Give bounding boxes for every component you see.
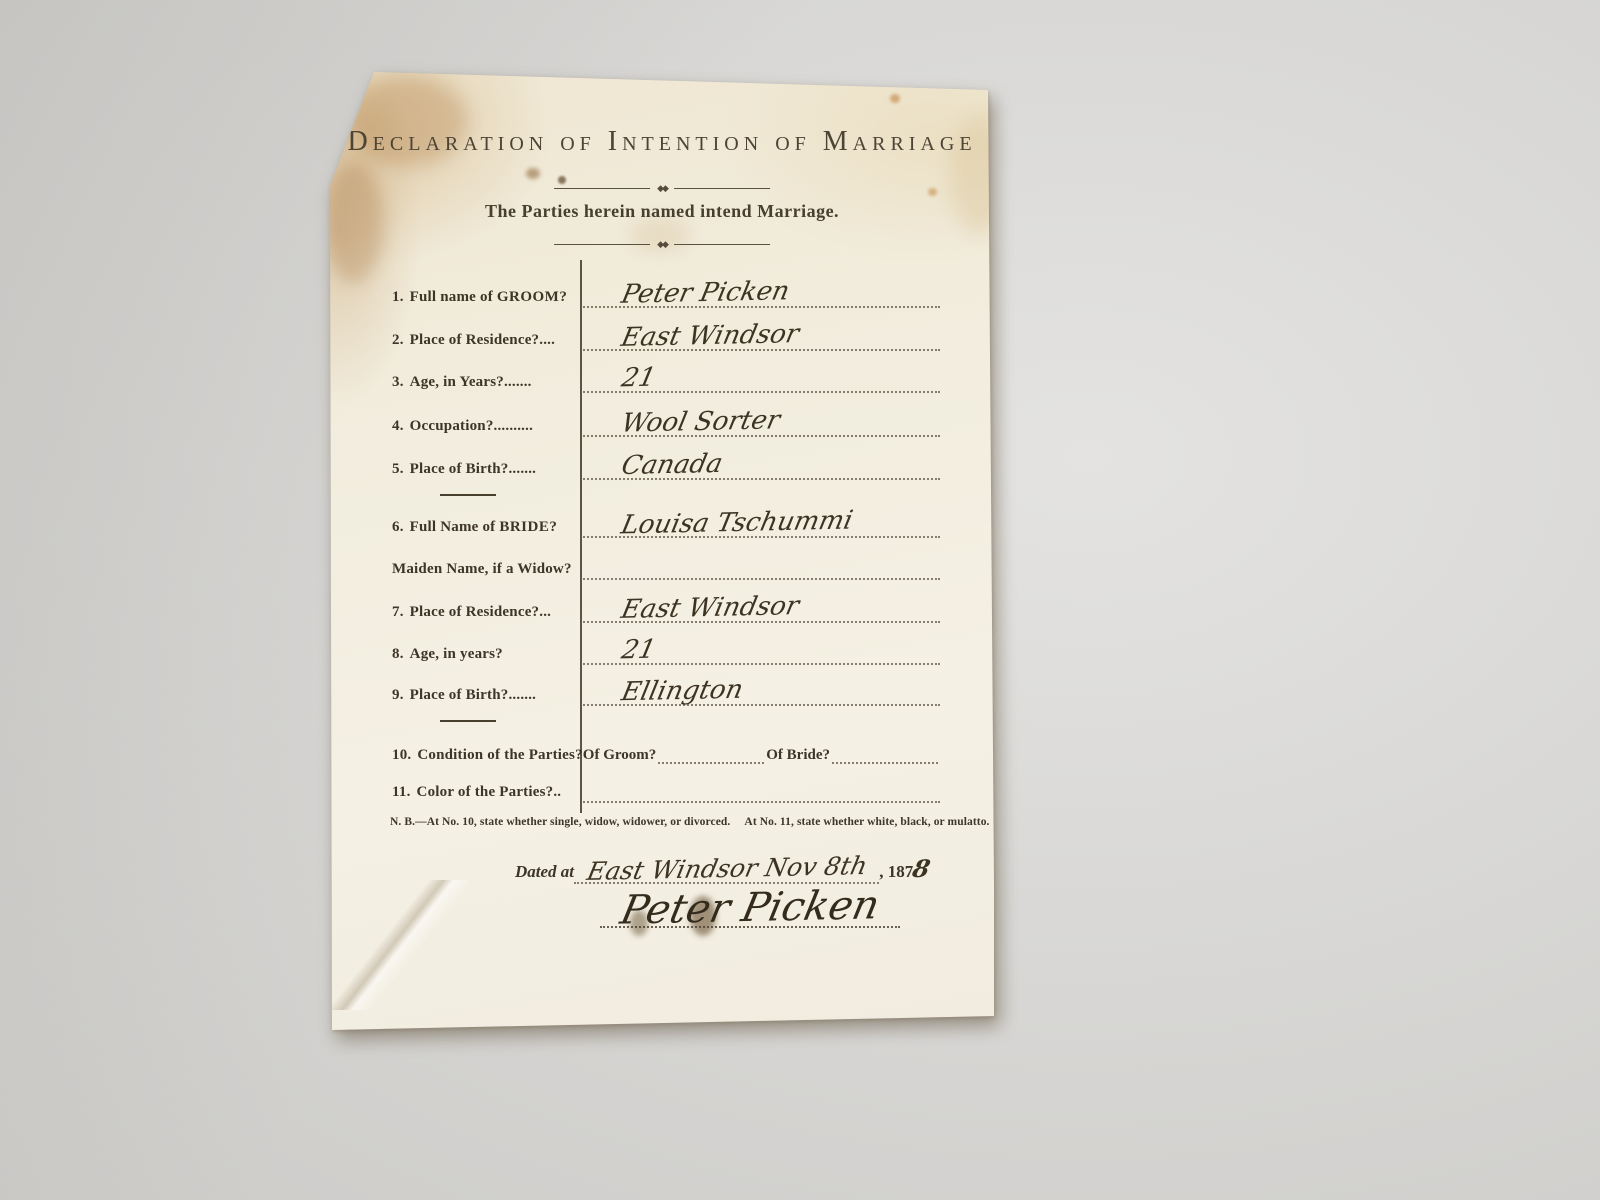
dated-place-line: East Windsor Nov 8th xyxy=(574,858,879,884)
field-number: 3. xyxy=(392,374,404,390)
field-label: 3.Age, in Years?....... xyxy=(392,374,580,393)
field-row-maiden-name: Maiden Name, if a Widow? xyxy=(392,538,940,580)
field-value-line xyxy=(580,783,940,803)
handwritten-value: East Windsor xyxy=(619,323,801,350)
field-number: 6. xyxy=(392,519,404,535)
form-fields: 1.Full name of GROOM? Peter Picken 2.Pla… xyxy=(392,264,940,803)
field-label: 5.Place of Birth?....... xyxy=(392,461,580,480)
field-value-line: Peter Picken xyxy=(580,282,940,308)
stain xyxy=(558,176,566,184)
paper-crease xyxy=(318,880,468,1010)
field-row-groom-birthplace: 5.Place of Birth?....... Canada xyxy=(392,437,940,480)
field-row-groom-age: 3.Age, in Years?....... 21 xyxy=(392,351,940,393)
field-label: 8.Age, in years? xyxy=(392,646,580,665)
field-label: 2.Place of Residence?.... xyxy=(392,332,580,351)
diamond-ornament-icon: ◆◆ xyxy=(657,184,667,193)
divider-ornament: ◆◆ xyxy=(554,184,770,193)
footnote: N. B.—At No. 10, state whether single, w… xyxy=(390,816,942,828)
groom-condition-line xyxy=(658,748,764,764)
diamond-ornament-icon: ◆◆ xyxy=(657,240,667,249)
field-number: 7. xyxy=(392,604,404,620)
handwritten-value: Canada xyxy=(619,453,724,478)
handwritten-value: Wool Sorter xyxy=(619,409,782,436)
field-value-line: Wool Sorter xyxy=(580,411,940,437)
field-number: 4. xyxy=(392,418,404,434)
handwritten-date-place: East Windsor Nov 8th xyxy=(585,855,869,883)
signature-handwriting: Peter Picken xyxy=(618,887,883,928)
field-number: 10. xyxy=(392,747,411,763)
field-label: 11.Color of the Parties?.. xyxy=(392,784,580,803)
field-row-groom-residence: 2.Place of Residence?.... East Windsor xyxy=(392,308,940,351)
field-row-color: 11.Color of the Parties?.. xyxy=(392,766,940,803)
field-row-bride-residence: 7.Place of Residence?... East Windsor xyxy=(392,580,940,623)
field-value-line xyxy=(580,560,940,580)
field-value-line: 21 xyxy=(580,367,940,393)
document-subtitle: The Parties herein named intend Marriage… xyxy=(330,201,994,222)
handwritten-value: East Windsor xyxy=(619,595,801,622)
of-bride-label: Of Bride? xyxy=(766,747,830,764)
field-number: 5. xyxy=(392,461,404,477)
footnote-no10: N. B.—At No. 10, state whether single, w… xyxy=(390,816,730,828)
section-divider-rule xyxy=(392,480,940,500)
of-groom-label: Of Groom? xyxy=(583,747,656,764)
footnote-no11: At No. 11, state whether white, black, o… xyxy=(744,816,989,828)
field-number: 9. xyxy=(392,687,404,703)
field-row-bride-name: 6.Full Name of BRIDE? Louisa Tschummi xyxy=(392,500,940,538)
handwritten-value: Louisa Tschummi xyxy=(619,510,855,538)
dated-at-label: Dated at xyxy=(515,862,574,884)
field-label: 1.Full name of GROOM? xyxy=(392,289,580,308)
stain xyxy=(890,94,900,103)
field-number: 8. xyxy=(392,646,404,662)
field-value-line: Ellington xyxy=(580,680,940,706)
field-label: 10.Condition of the Parties? xyxy=(392,747,583,766)
handwritten-value: 21 xyxy=(619,639,657,663)
field-label: Maiden Name, if a Widow? xyxy=(392,561,580,580)
field-value-line: Canada xyxy=(580,454,940,480)
bride-condition-line xyxy=(832,748,938,764)
divider-ornament: ◆◆ xyxy=(554,240,770,249)
field-value-line: East Windsor xyxy=(580,597,940,623)
field-label: 4.Occupation?.......... xyxy=(392,418,580,437)
handwritten-value: 21 xyxy=(619,367,657,391)
paper-sheet: Declaration of Intention of Marriage ◆◆ … xyxy=(330,68,994,1030)
field-row-condition: 10.Condition of the Parties? Of Groom? O… xyxy=(392,726,940,766)
field-row-bride-birthplace: 9.Place of Birth?....... Ellington xyxy=(392,665,940,706)
field-number: 11. xyxy=(392,784,411,800)
dated-line: Dated at East Windsor Nov 8th , 1878 xyxy=(515,858,930,884)
field-row-groom-name: 1.Full name of GROOM? Peter Picken xyxy=(392,264,940,308)
stain xyxy=(526,168,540,179)
document-photo: Declaration of Intention of Marriage ◆◆ … xyxy=(330,68,994,1030)
field-row-groom-occupation: 4.Occupation?.......... Wool Sorter xyxy=(392,393,940,437)
field-value-line: 21 xyxy=(580,639,940,665)
condition-values: Of Groom? Of Bride? xyxy=(583,747,940,766)
field-label: 7.Place of Residence?... xyxy=(392,604,580,623)
field-value-line: Louisa Tschummi xyxy=(580,512,940,538)
handwritten-value: Peter Picken xyxy=(619,280,791,307)
field-label: 9.Place of Birth?....... xyxy=(392,687,580,706)
field-value-line: East Windsor xyxy=(580,325,940,351)
field-row-bride-age: 8.Age, in years? 21 xyxy=(392,623,940,665)
stain xyxy=(928,188,937,196)
signature-block: Peter Picken xyxy=(570,890,930,928)
document-title: Declaration of Intention of Marriage xyxy=(330,126,994,158)
field-label: 6.Full Name of BRIDE? xyxy=(392,519,580,538)
signature-line: Peter Picken xyxy=(600,890,900,928)
printed-year: , 1878 xyxy=(879,858,930,884)
handwritten-value: Ellington xyxy=(619,679,745,705)
handwritten-year-digit: 8 xyxy=(911,858,932,880)
stain xyxy=(324,163,384,283)
section-divider-rule xyxy=(392,706,940,726)
field-number: 1. xyxy=(392,289,404,305)
field-number: 2. xyxy=(392,332,404,348)
